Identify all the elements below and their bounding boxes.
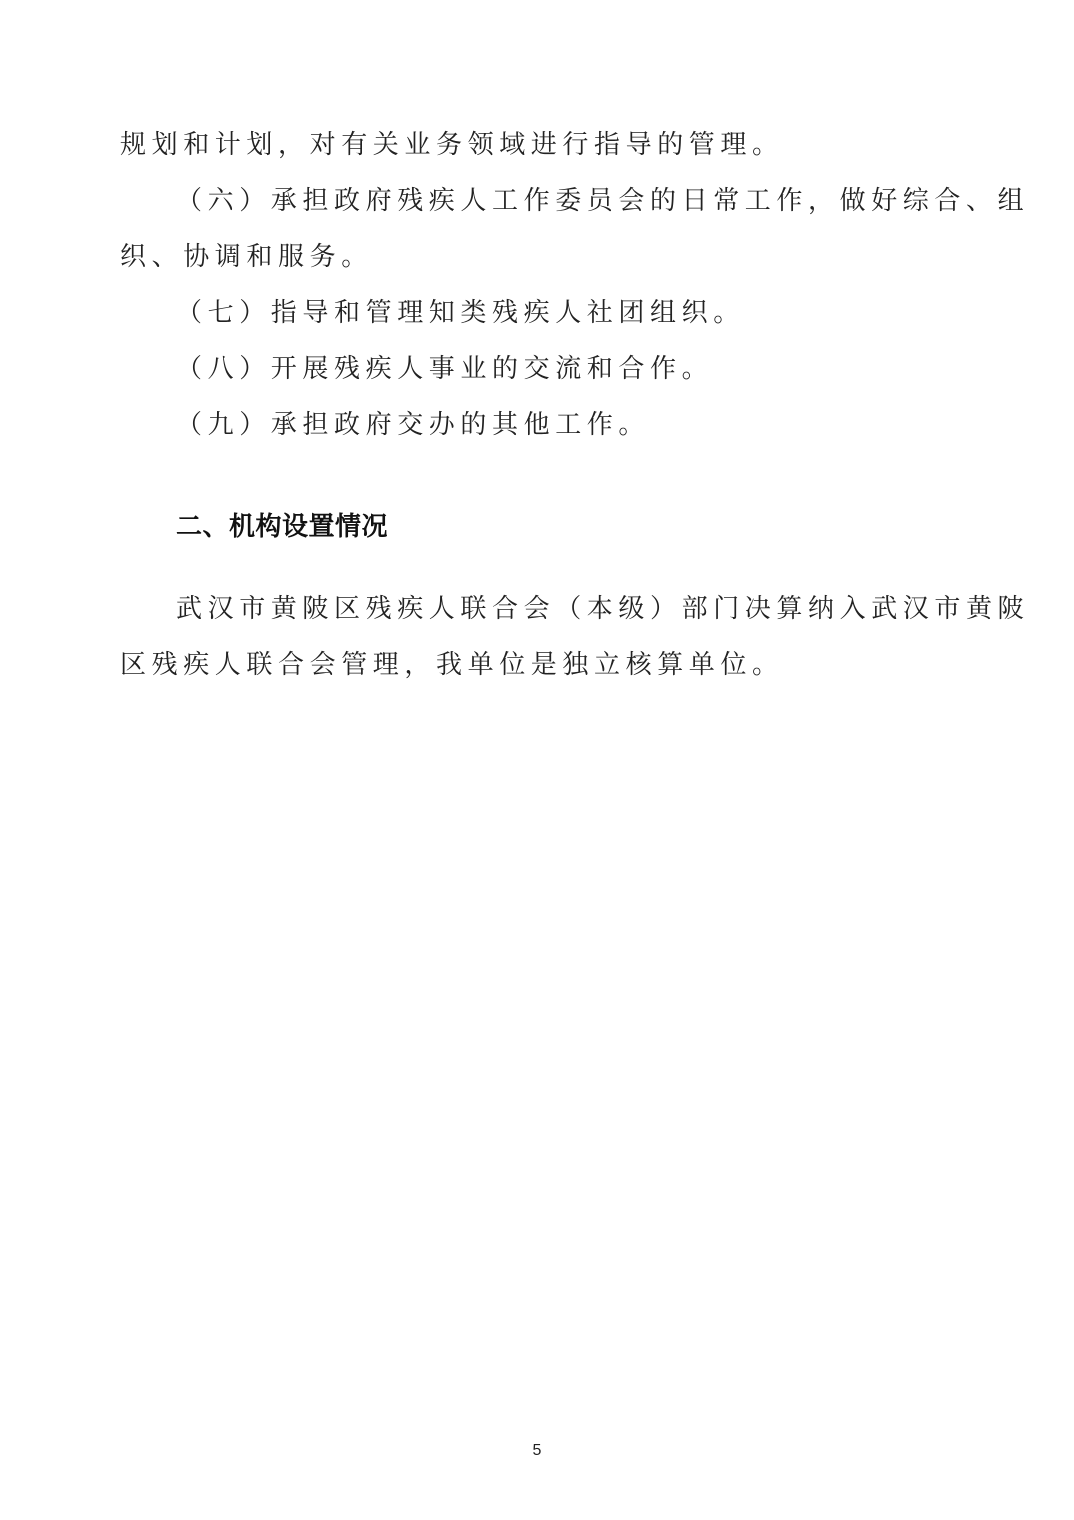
paragraph-line-item-6-continued: 织、协调和服务。: [120, 240, 373, 274]
paragraph-line-item-8: （八）开展残疾人事业的交流和合作。: [176, 352, 713, 386]
paragraph-line-item-9: （九）承担政府交办的其他工作。: [176, 408, 650, 442]
paragraph-line: 规划和计划，对有关业务领域进行指导的管理。: [120, 128, 784, 162]
section-body-line-2: 区残疾人联合会管理，我单位是独立核算单位。: [120, 648, 784, 682]
page-number: 5: [0, 1442, 1074, 1460]
section-heading: 二、机构设置情况: [176, 510, 388, 544]
paragraph-line-item-7: （七）指导和管理知类残疾人社团组织。: [176, 296, 745, 330]
paragraph-line-item-6: （六）承担政府残疾人工作委员会的日常工作，做好综合、组: [176, 184, 1029, 218]
document-page: 规划和计划，对有关业务领域进行指导的管理。 （六）承担政府残疾人工作委员会的日常…: [0, 0, 1074, 1520]
section-body-line-1: 武汉市黄陂区残疾人联合会（本级）部门决算纳入武汉市黄陂: [176, 592, 1029, 626]
